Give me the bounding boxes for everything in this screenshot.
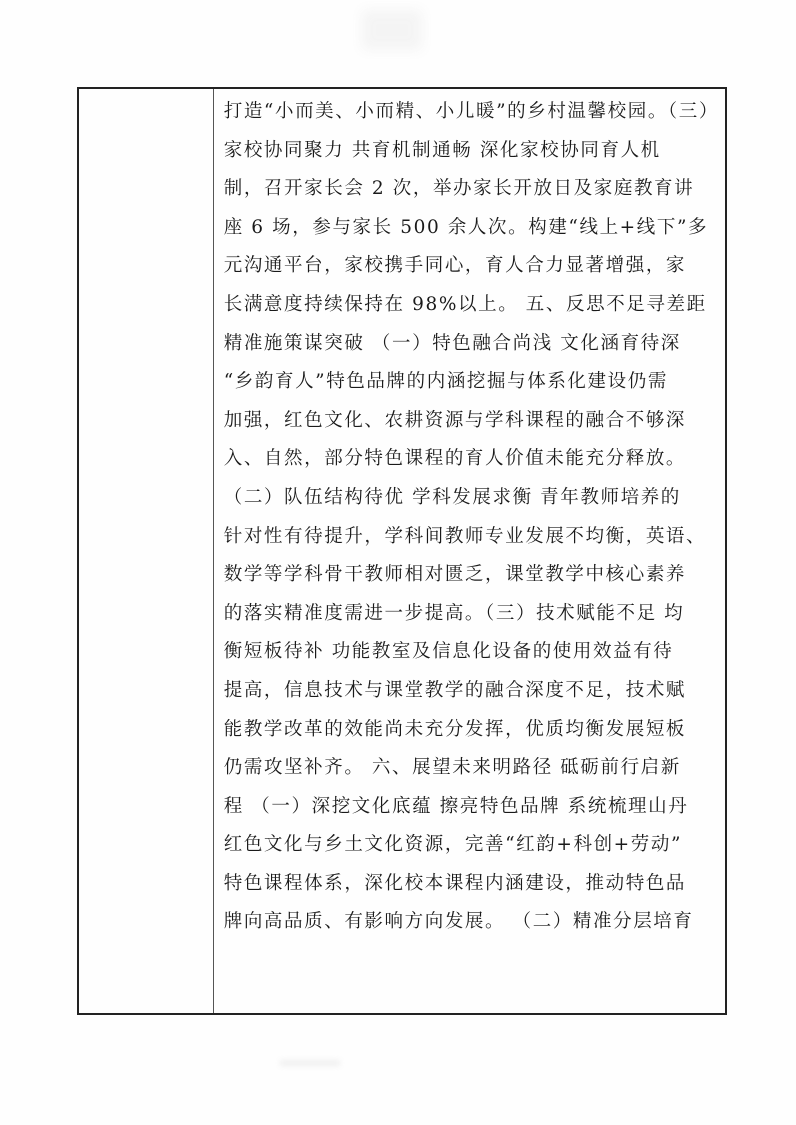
report-table: 打造“小而美、小而精、小儿暖”的乡村温馨校园。（三） 家校协同聚力 共育机制通畅… xyxy=(77,87,727,1015)
text-line: 提高，信息技术与课堂教学的融合深度不足，技术赋 xyxy=(224,672,719,711)
text-line: 能教学改革的效能尚未充分发挥，优质均衡发展短板 xyxy=(224,711,719,750)
text-line: 的落实精准度需进一步提高。（三）技术赋能不足 均 xyxy=(224,595,719,634)
text-line: 元沟通平台，家校携手同心，育人合力显著增强，家 xyxy=(224,247,719,286)
document-page: 打造“小而美、小而精、小儿暖”的乡村温馨校园。（三） 家校协同聚力 共育机制通畅… xyxy=(0,0,796,1125)
text-line: “乡韵育人”特色品牌的内涵挖掘与体系化建设仍需 xyxy=(224,363,719,402)
text-line: 数学等学科骨干教师相对匮乏，课堂教学中核心素养 xyxy=(224,556,719,595)
text-line: 红色文化与乡土文化资源，完善“红韵+科创+劳动” xyxy=(224,826,719,865)
text-line: 座 6 场，参与家长 500 余人次。构建“线上+线下”多 xyxy=(224,209,719,248)
text-line: 特色课程体系，深化校本课程内涵建设，推动特色品 xyxy=(224,865,719,904)
text-line: 精准施策谋突破 （一）特色融合尚浅 文化涵育待深 xyxy=(224,325,719,364)
header-scan-mark xyxy=(362,10,422,50)
text-line: 加强，红色文化、农耕资源与学科课程的融合不够深 xyxy=(224,402,719,441)
text-line: 制，召开家长会 2 次，举办家长开放日及家庭教育讲 xyxy=(224,170,719,209)
text-line xyxy=(224,981,719,1020)
text-line xyxy=(224,942,719,981)
text-line: 仍需攻坚补齐。 六、展望未来明路径 砥砺前行启新 xyxy=(224,749,719,788)
text-line: 长满意度持续保持在 98%以上。 五、反思不足寻差距 xyxy=(224,286,719,325)
text-line: 入、自然，部分特色课程的育人价值未能充分释放。 xyxy=(224,440,719,479)
text-line: 牌向高品质、有影响方向发展。 （二）精准分层培育 xyxy=(224,903,719,942)
text-line: （二）队伍结构待优 学科发展求衡 青年教师培养的 xyxy=(224,479,719,518)
table-content-cell: 打造“小而美、小而精、小儿暖”的乡村温馨校园。（三） 家校协同聚力 共育机制通畅… xyxy=(214,89,725,1013)
text-line: 打造“小而美、小而精、小儿暖”的乡村温馨校园。（三） xyxy=(224,93,719,132)
text-line: 程 （一）深挖文化底蕴 擦亮特色品牌 系统梳理山丹 xyxy=(224,788,719,827)
text-line: 家校协同聚力 共育机制通畅 深化家校协同育人机 xyxy=(224,132,719,171)
table-label-cell xyxy=(79,89,214,1013)
text-line: 衡短板待补 功能教室及信息化设备的使用效益有待 xyxy=(224,633,719,672)
text-line: 针对性有待提升，学科间教师专业发展不均衡，英语、 xyxy=(224,518,719,557)
footer-scan-mark xyxy=(280,1060,340,1066)
